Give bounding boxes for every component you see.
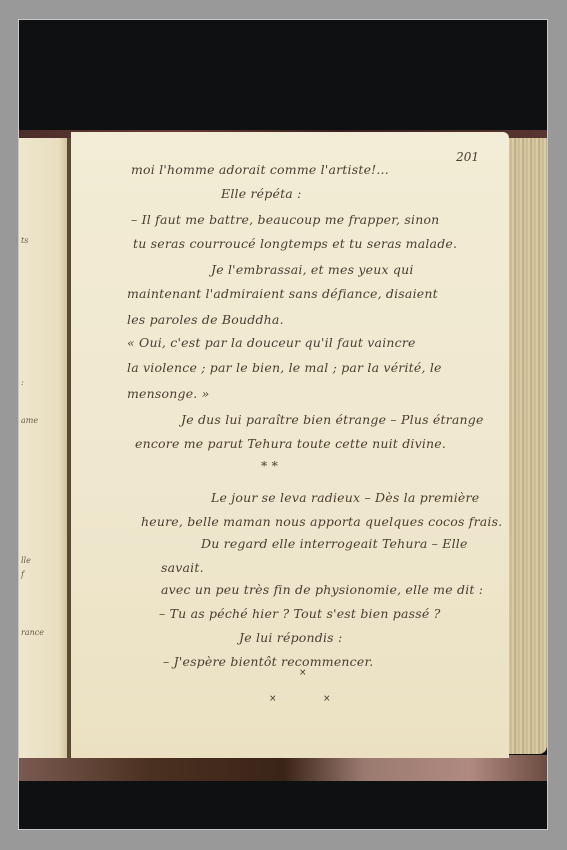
text-line: Elle répéta :: [221, 186, 302, 201]
left-page-fragment: f: [21, 570, 24, 579]
text-line: Le jour se leva radieux – Dès la premièr…: [211, 490, 479, 505]
text-line: « Oui, c'est par la douceur qu'il faut v…: [127, 335, 416, 350]
left-page-fragment: rance: [21, 628, 44, 637]
text-line: heure, belle maman nous apporta quelques…: [141, 514, 502, 529]
text-line: encore me parut Tehura toute cette nuit …: [135, 436, 446, 451]
left-page-fragment: ame: [21, 416, 38, 425]
page-number: 201: [456, 150, 479, 164]
text-line: savait.: [161, 560, 204, 575]
manuscript-page: 201 moi l'homme adorait comme l'artiste!…: [71, 132, 509, 758]
text-line: mensonge. »: [127, 386, 210, 401]
text-line: Du regard elle interrogeait Tehura – Ell…: [201, 536, 468, 551]
text-line: moi l'homme adorait comme l'artiste!...: [131, 162, 389, 177]
text-line: – Il faut me battre, beaucoup me frapper…: [131, 212, 439, 227]
text-line: Je lui répondis :: [239, 630, 342, 645]
text-line: avec un peu très fin de physionomie, ell…: [161, 582, 483, 597]
text-line: la violence ; par le bien, le mal ; par …: [127, 360, 442, 375]
text-line: maintenant l'admiraient sans défiance, d…: [127, 286, 438, 301]
section-mark: * *: [261, 458, 278, 473]
left-page-fragment: lle: [21, 556, 31, 565]
text-line: Je dus lui paraître bien étrange – Plus …: [181, 412, 484, 427]
text-line: Je l'embrassai, et mes yeux qui: [211, 262, 414, 277]
left-page-fragment: :: [21, 378, 24, 387]
separator-mark: ×: [299, 668, 307, 678]
text-line: – J'espère bientôt recommencer.: [163, 654, 373, 669]
text-line: – Tu as péché hier ? Tout s'est bien pas…: [159, 606, 441, 621]
separator-mark: ×: [323, 694, 331, 704]
text-line: les paroles de Bouddha.: [127, 312, 284, 327]
book-cover-bottom-edge: [19, 755, 548, 781]
left-page-fragment: ts: [21, 236, 28, 245]
separator-mark: ×: [269, 694, 277, 704]
text-line: tu seras courroucé longtemps et tu seras…: [133, 236, 457, 251]
photo-frame: ts : ame lle f rance 201 moi l'homme ado…: [18, 19, 548, 830]
left-page: ts : ame lle f rance: [19, 138, 69, 758]
